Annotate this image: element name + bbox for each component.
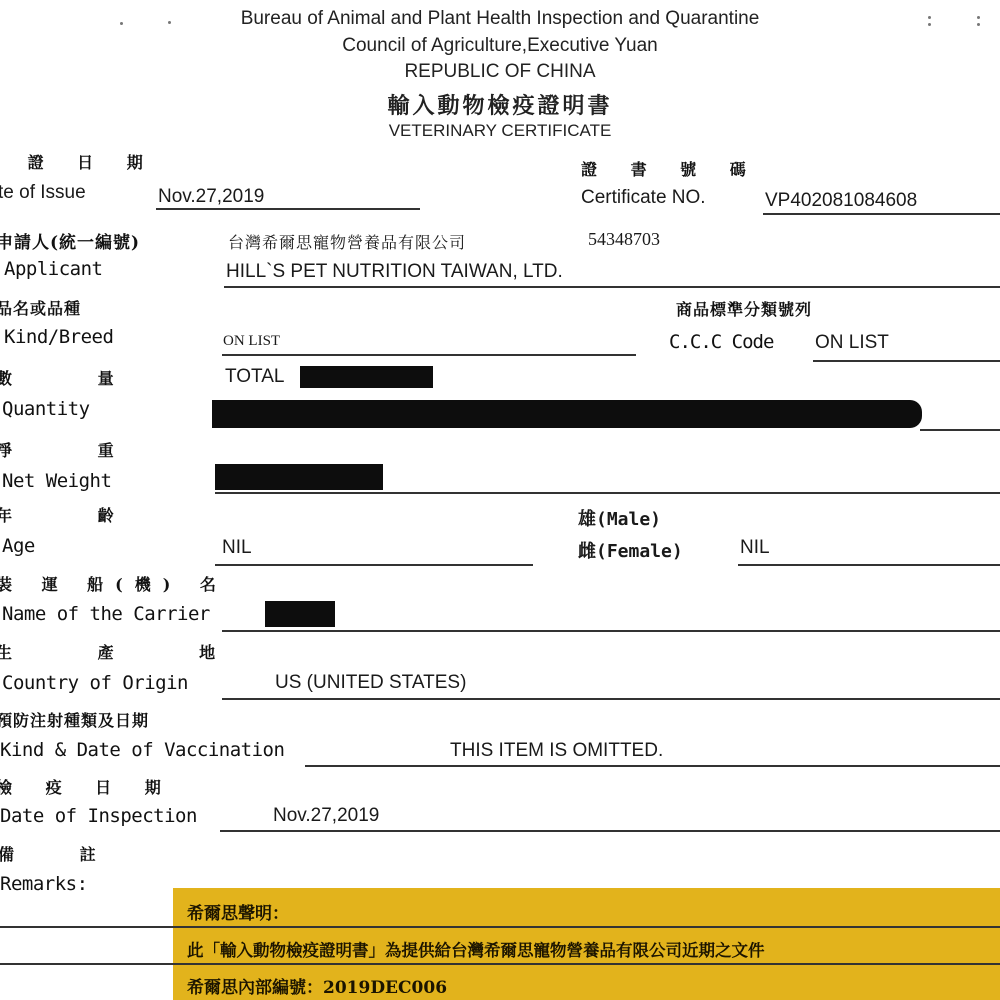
- net-weight-label-en: Net Weight: [2, 470, 111, 492]
- sex-underline: [738, 564, 1000, 566]
- country-name: REPUBLIC OF CHINA: [0, 61, 1000, 83]
- ccc-label-zh: 商品標準分類號列: [676, 297, 812, 320]
- quantity-underline: [920, 429, 1000, 431]
- net-weight-label-zh: 淨 重: [0, 438, 154, 461]
- origin-value: US (UNITED STATES): [275, 672, 466, 694]
- quantity-prefix: TOTAL: [225, 366, 284, 388]
- carrier-label-zh: 裝 運 船(機) 名: [0, 572, 228, 595]
- vaccination-label-zh: 預防注射種類及日期: [0, 708, 149, 731]
- remarks-label-zh: 備 註: [0, 842, 126, 865]
- quantity-label-en: Quantity: [2, 398, 90, 420]
- notice-heading: 希爾思聲明：: [187, 899, 289, 924]
- inspection-value: Nov.27,2019: [273, 805, 379, 827]
- title-zh: 輸入動物檢疫證明書: [0, 89, 1000, 120]
- ccc-value: ON LIST: [815, 332, 889, 354]
- vaccination-label-en: Kind & Date of Vaccination: [0, 739, 284, 761]
- carrier-redaction: [265, 601, 335, 627]
- remarks-line-2: [0, 963, 1000, 965]
- remarks-line-1: [0, 926, 1000, 928]
- applicant-label-en: Applicant: [4, 258, 102, 280]
- carrier-label-en: Name of the Carrier: [2, 603, 210, 625]
- title-en: VETERINARY CERTIFICATE: [0, 121, 1000, 141]
- vaccination-underline: [305, 765, 1000, 767]
- issue-date-label-en: te of Issue: [0, 182, 86, 204]
- origin-label-zh: 生 產 地: [0, 640, 255, 663]
- kind-label-en: Kind/Breed: [4, 326, 113, 348]
- quantity-label-zh: 數 量: [0, 366, 154, 389]
- notice-internal-id: 希爾思內部編號：2019DEC006: [187, 973, 447, 998]
- origin-label-en: Country of Origin: [2, 672, 188, 694]
- issue-date-value: Nov.27,2019: [158, 186, 264, 208]
- issue-date-underline: [156, 208, 420, 210]
- quantity-redaction-2: [212, 400, 922, 428]
- applicant-label-zh: 申請人(統一編號): [0, 228, 140, 253]
- inspection-label-zh: 檢 疫 日 期: [0, 775, 175, 798]
- issue-date-label-zh: 發 證 日 期: [0, 150, 157, 173]
- ccc-underline: [813, 360, 1000, 362]
- cert-no-label-zh: 證 書 號 碼: [581, 157, 760, 180]
- age-label-zh: 年 齡: [0, 503, 154, 526]
- cert-no-value: VP402081084608: [765, 190, 917, 212]
- notice-statement: 此「輸入動物檢疫證明書」為提供給台灣希爾思寵物營養品有限公司近期之文件: [187, 937, 765, 961]
- quantity-redaction-1: [300, 366, 433, 388]
- applicant-tax-id: 54348703: [588, 229, 660, 250]
- female-label: 雌(Female): [578, 537, 683, 563]
- inspection-label-en: Date of Inspection: [0, 805, 197, 827]
- age-underline: [215, 564, 533, 566]
- council-name: Council of Agriculture,Executive Yuan: [0, 35, 1000, 57]
- age-value: NIL: [222, 537, 252, 559]
- origin-underline: [222, 698, 1000, 700]
- inspection-underline: [220, 830, 1000, 832]
- applicant-value-en: HILL`S PET NUTRITION TAIWAN, LTD.: [226, 261, 563, 283]
- cert-no-underline: [763, 213, 1000, 215]
- cert-no-label-en: Certificate NO.: [581, 187, 706, 209]
- kind-underline: [222, 354, 636, 356]
- applicant-value-zh: 台灣希爾思寵物營養品有限公司: [228, 230, 466, 253]
- vaccination-value: THIS ITEM IS OMITTED.: [450, 740, 663, 762]
- kind-value: ON LIST: [223, 333, 280, 350]
- male-label: 雄(Male): [578, 505, 661, 531]
- remarks-label-en: Remarks:: [0, 873, 88, 895]
- net-weight-redaction: [215, 464, 383, 490]
- kind-label-zh: 品名或品種: [0, 296, 81, 319]
- ccc-label-en: C.C.C Code: [669, 331, 773, 353]
- net-weight-underline: [215, 492, 1000, 494]
- sex-value: NIL: [740, 537, 770, 559]
- carrier-underline: [222, 630, 1000, 632]
- applicant-underline: [224, 286, 1000, 288]
- age-label-en: Age: [2, 535, 35, 557]
- bureau-name: Bureau of Animal and Plant Health Inspec…: [0, 8, 1000, 30]
